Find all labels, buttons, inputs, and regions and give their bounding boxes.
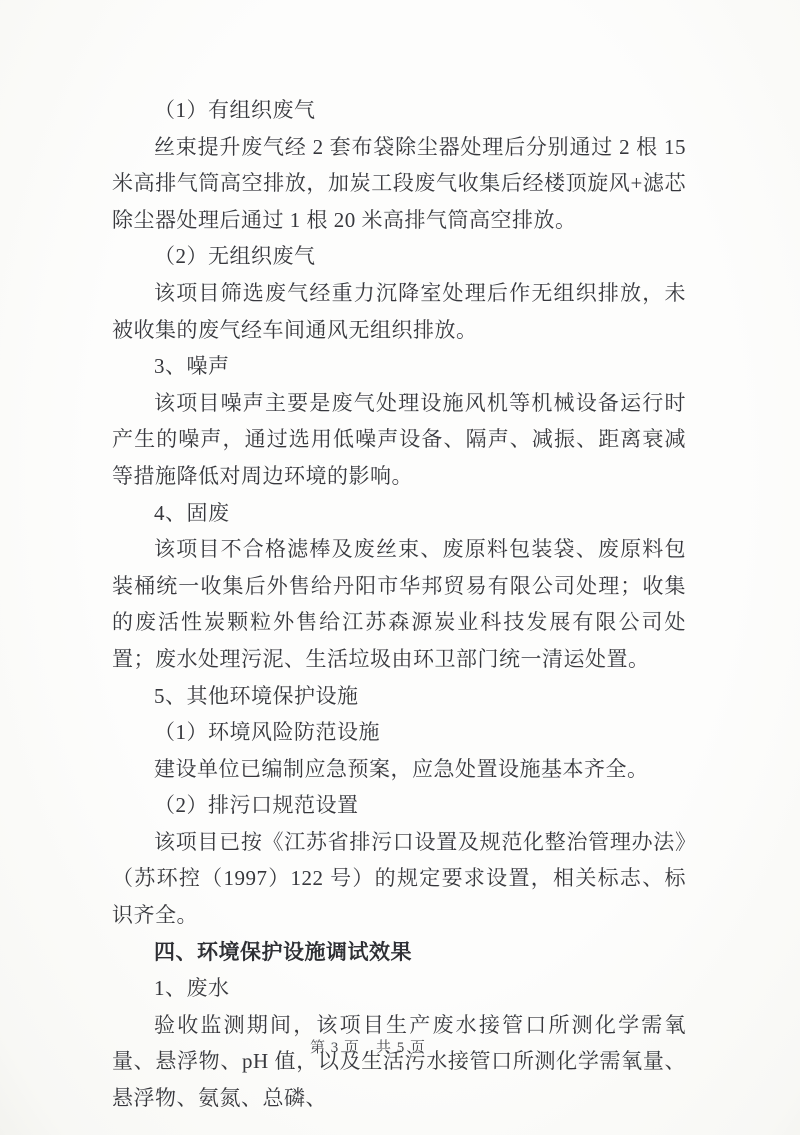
subitem-heading-outlet-standardization: （2）排污口规范设置	[112, 787, 686, 824]
paragraph-organized-waste-gas-detail: 丝束提升废气经 2 套布袋除尘器处理后分别通过 2 根 15 米高排气筒高空排放…	[112, 129, 686, 239]
paragraph-wastewater-detail: 验收监测期间，该项目生产废水接管口所测化学需氧量、悬浮物、pH 值，以及生活污水…	[112, 1007, 686, 1117]
document-text-block: （1）有组织废气 丝束提升废气经 2 套布袋除尘器处理后分别通过 2 根 15 …	[112, 92, 686, 1117]
item-heading-noise: 3、噪声	[112, 348, 686, 385]
item-heading-wastewater: 1、废水	[112, 970, 686, 1007]
subitem-heading-organized-waste-gas: （1）有组织废气	[112, 92, 686, 129]
scanned-document-page: （1）有组织废气 丝束提升废气经 2 套布袋除尘器处理后分别通过 2 根 15 …	[0, 0, 800, 1135]
subitem-heading-unorganized-waste-gas: （2）无组织废气	[112, 238, 686, 275]
paragraph-risk-prevention-detail: 建设单位已编制应急预案，应急处置设施基本齐全。	[112, 751, 686, 788]
item-heading-solid-waste: 4、固废	[112, 495, 686, 532]
paragraph-noise-detail: 该项目噪声主要是废气处理设施风机等机械设备运行时产生的噪声，通过选用低噪声设备、…	[112, 385, 686, 495]
section-heading-facility-debugging-effect: 四、环境保护设施调试效果	[112, 934, 686, 971]
paragraph-outlet-standardization-detail: 该项目已按《江苏省排污口设置及规范化整治管理办法》（苏环控（1997）122 号…	[112, 824, 686, 934]
subitem-heading-risk-prevention: （1）环境风险防范设施	[112, 714, 686, 751]
page-number-footer: 第 3 页 共 5 页	[310, 1036, 426, 1057]
item-heading-other-facilities: 5、其他环境保护设施	[112, 678, 686, 715]
paragraph-unorganized-waste-gas-detail: 该项目筛选废气经重力沉降室处理后作无组织排放，未被收集的废气经车间通风无组织排放…	[112, 275, 686, 348]
paragraph-solid-waste-detail: 该项目不合格滤棒及废丝束、废原料包装袋、废原料包装桶统一收集后外售给丹阳市华邦贸…	[112, 531, 686, 677]
